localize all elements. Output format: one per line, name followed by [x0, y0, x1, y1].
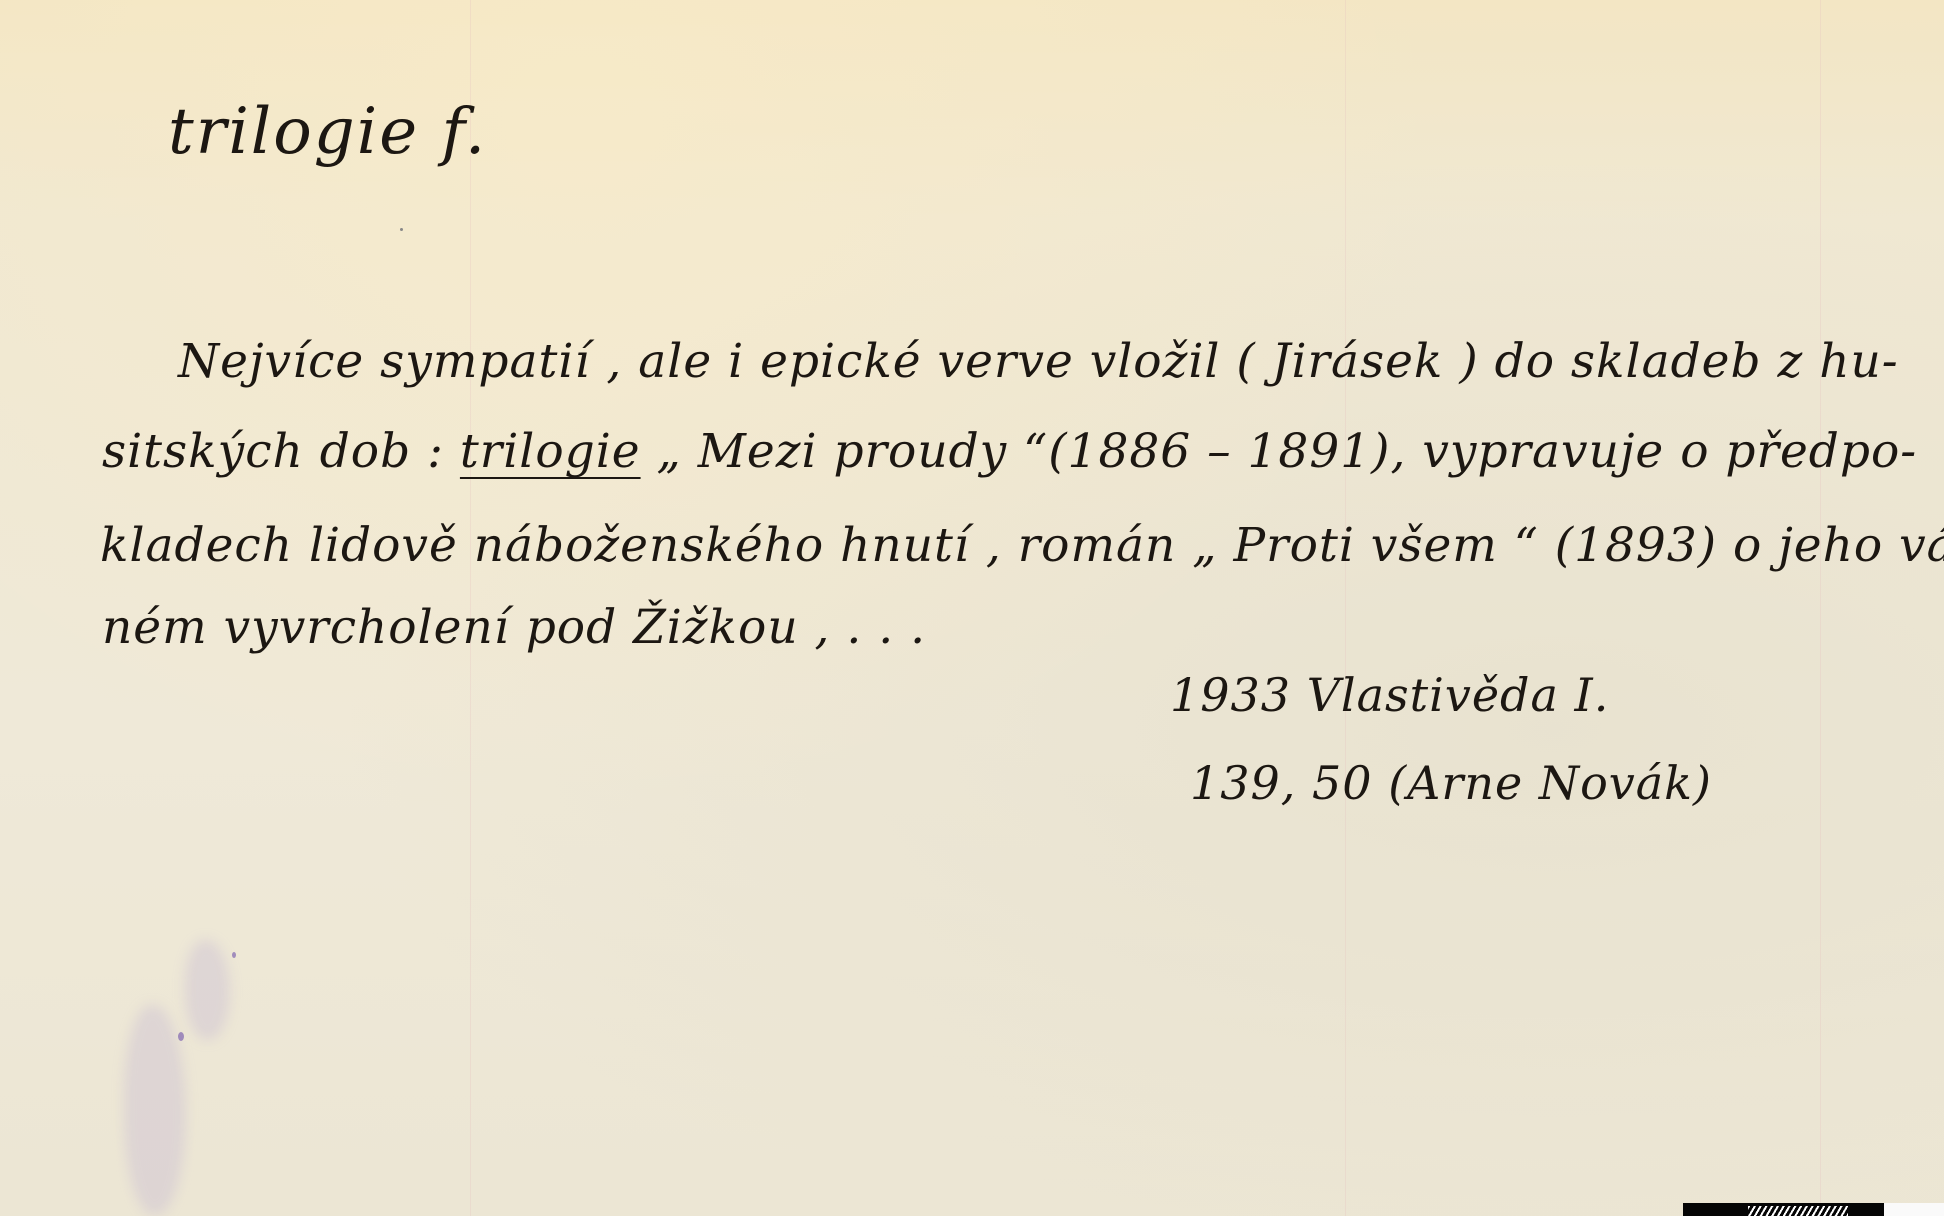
scanner-edge-hatch	[1748, 1206, 1848, 1216]
ink-stain	[124, 1005, 186, 1215]
citation-line-2-prefix: sitských dob :	[102, 424, 444, 479]
scanner-edge-white	[1884, 1203, 1944, 1216]
citation-line-3: kladech lidově náboženského hnutí , romá…	[100, 522, 1944, 569]
underlined-headword: trilogie	[460, 424, 641, 479]
headword: trilogie f.	[168, 100, 487, 164]
lexical-card-scan: trilogie f. Nejvíce sympatií , ale i epi…	[0, 0, 1944, 1216]
citation-line-2-rest: „ Mezi proudy “(1886 – 1891), vypravuje …	[641, 424, 1918, 479]
citation-line-4: ném vyvrcholení pod Žižkou , . . .	[102, 604, 926, 651]
ink-stain-dot	[178, 1032, 184, 1041]
ink-stain	[185, 940, 230, 1040]
pencil-dot	[400, 228, 403, 231]
ink-stain-dot	[232, 952, 236, 958]
citation-line-1: Nejvíce sympatií , ale i epické verve vl…	[178, 338, 1899, 385]
source-reference-line-1: 1933 Vlastivěda I.	[1170, 672, 1609, 718]
source-reference-line-2: 139, 50 (Arne Novák)	[1190, 760, 1712, 806]
paper-fiber	[1345, 0, 1346, 1216]
citation-line-2: sitských dob : trilogie „ Mezi proudy “(…	[102, 428, 1917, 475]
scanner-edge-bar	[1683, 1203, 1944, 1216]
paper-fiber	[1820, 0, 1821, 1216]
